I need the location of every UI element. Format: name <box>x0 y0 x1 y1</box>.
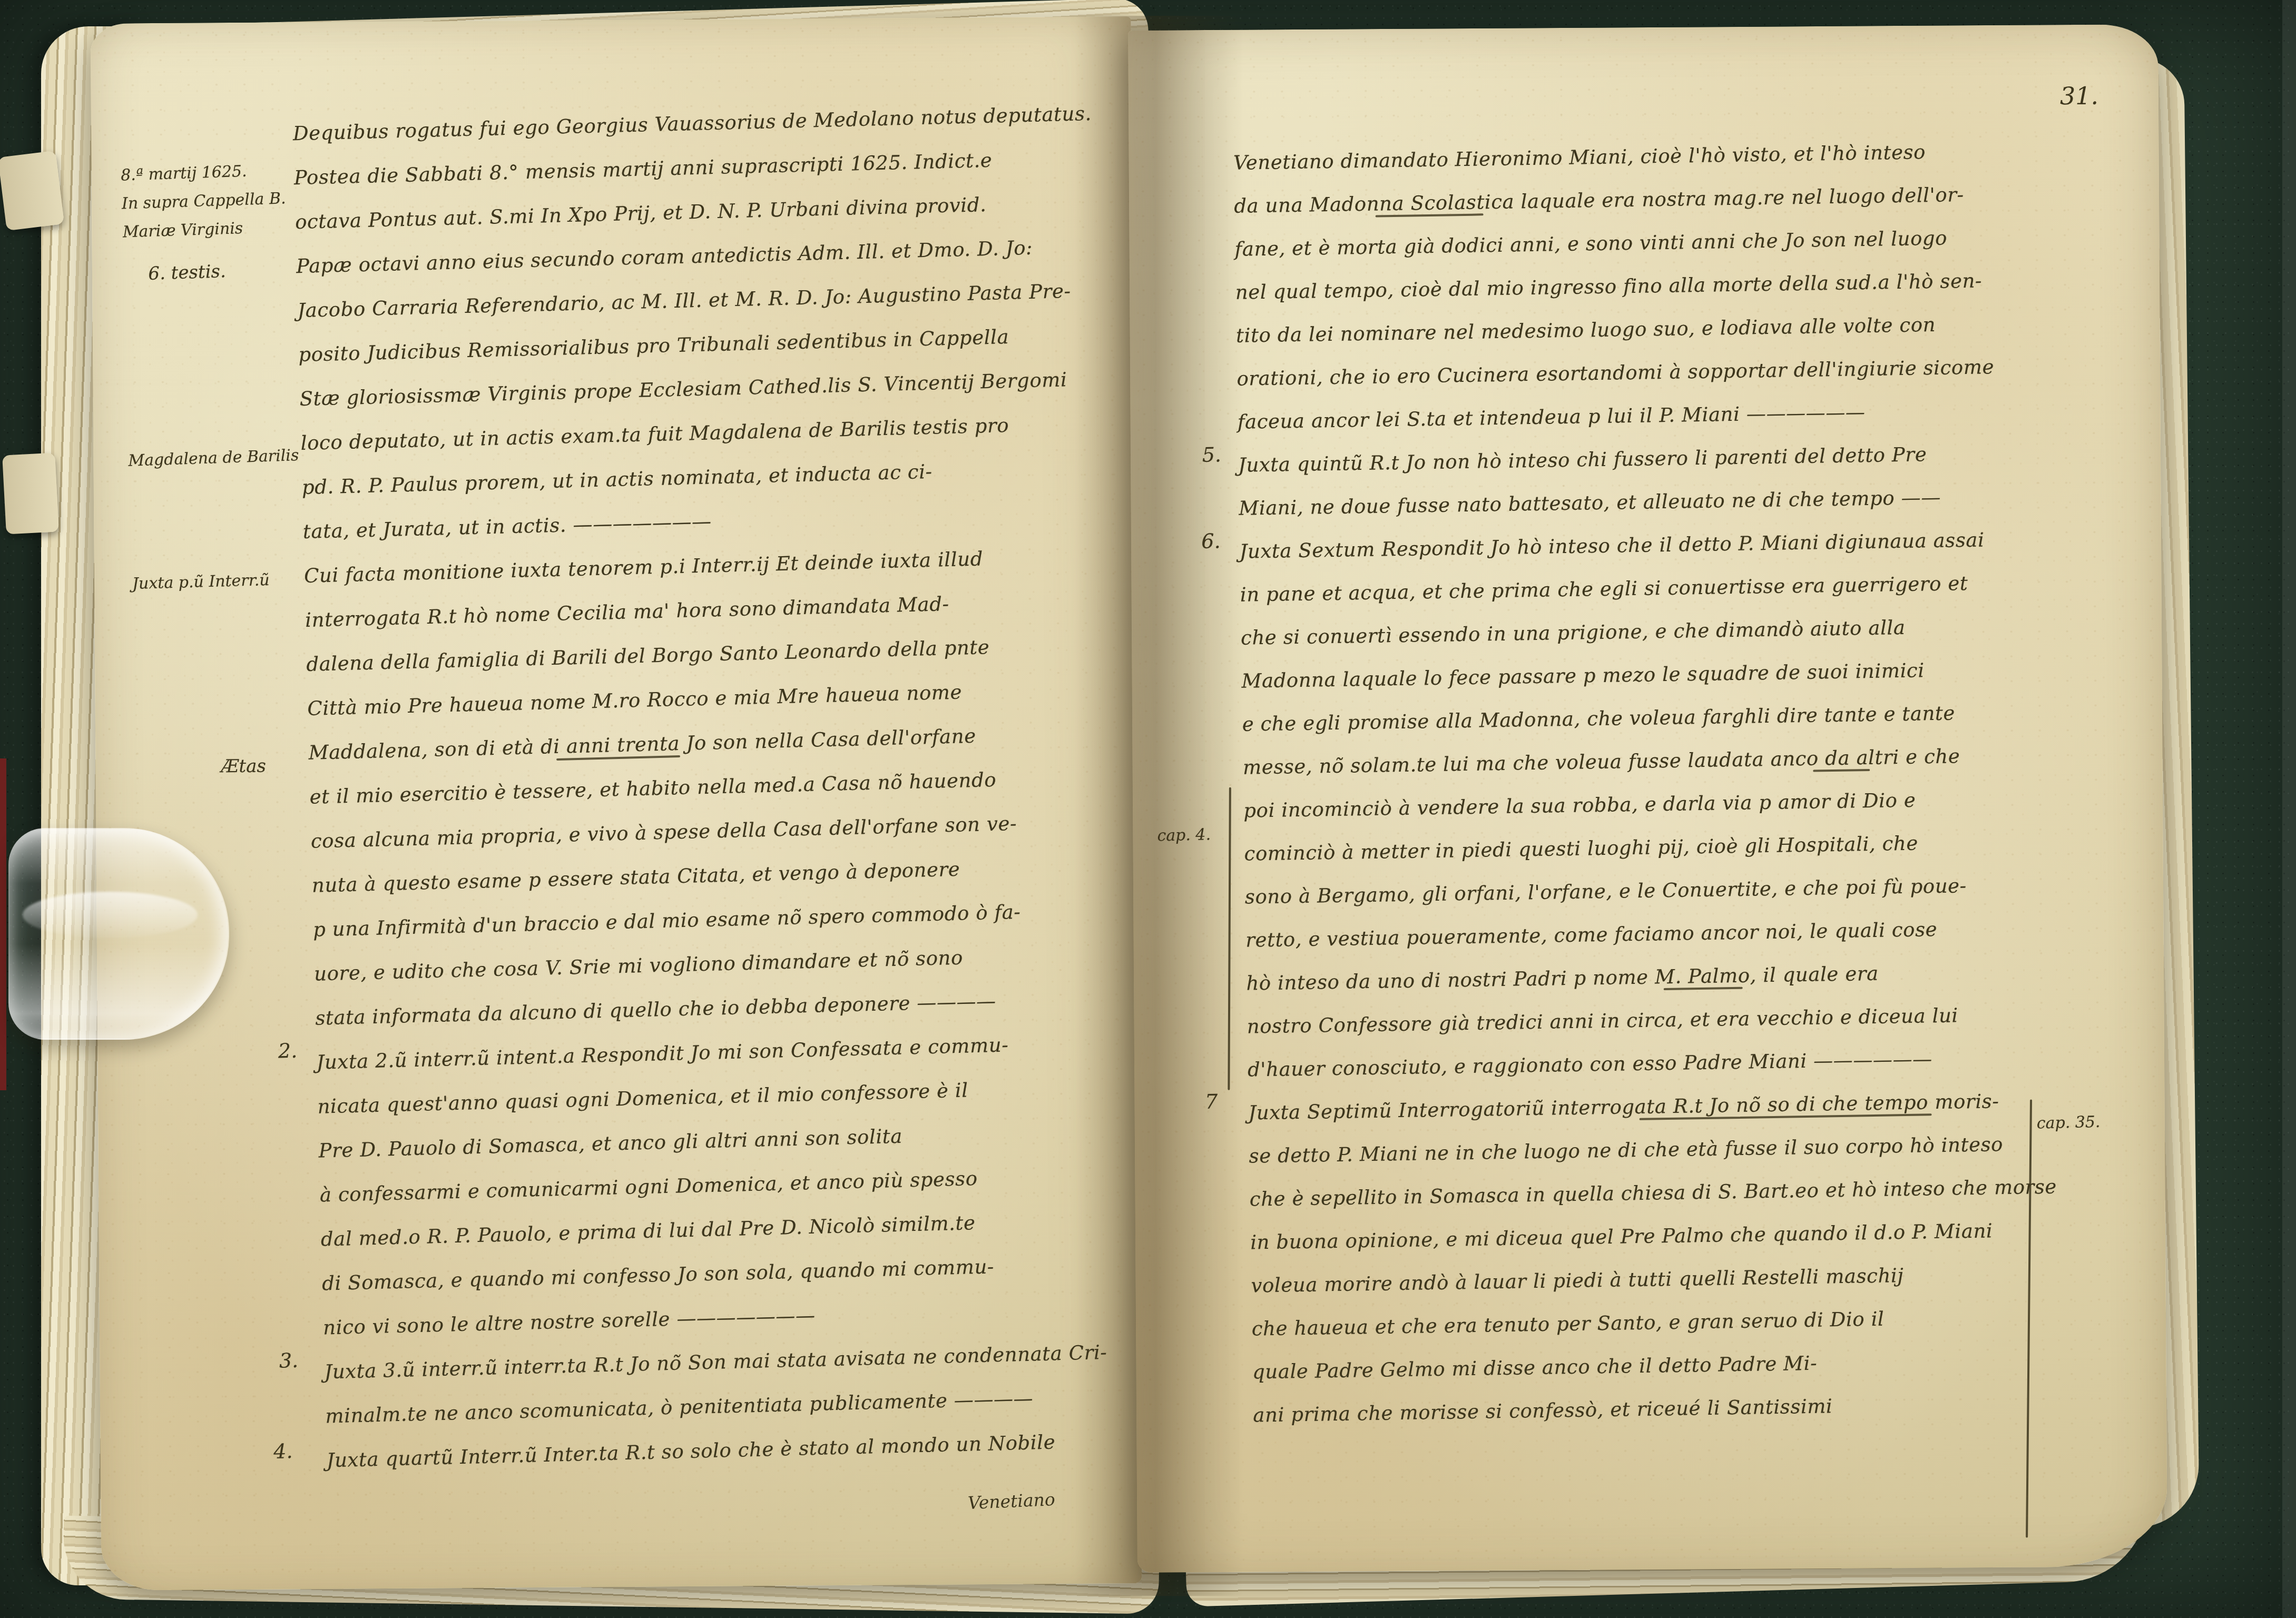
manuscript-line: orationi, che io ero Cucinera esortandom… <box>1237 344 2080 401</box>
manuscript-line: et il mio esercitio è tessere, et habito… <box>309 753 1180 820</box>
manuscript-line: ani prima che morisse si confessò, et ri… <box>1253 1380 2096 1437</box>
manuscript-line: dalena della famiglia di Barili del Borg… <box>306 620 1176 687</box>
left-page-lines: Dequibus rogatus fui ego Georgius Vauass… <box>292 90 1196 1483</box>
manuscript-line: voleua morire andò à lauar li piedi à tu… <box>1251 1251 2094 1307</box>
manuscript-line: retto, e vestiua poueramente, come facia… <box>1245 905 2089 962</box>
manuscript-line: Juxta 3.ũ interr.ũ interr.ta R.t Jo nõ S… <box>323 1328 1194 1395</box>
item-number-7: 7 <box>1205 1090 1218 1113</box>
manuscript-line: nicata quest'anno quasi ogni Domenica, e… <box>317 1063 1188 1129</box>
item-number-6: 6. <box>1201 529 1221 553</box>
manuscript-line: nostro Confessore già tredici anni in ci… <box>1247 992 2090 1048</box>
paper-tab <box>0 151 64 231</box>
left-page: 8.ª martij 1625.In supra Cappella B.Mari… <box>91 16 1142 1591</box>
margin-note-age: Ætas <box>221 752 266 781</box>
manuscript-line: e che egli promise alla Madonna, che vol… <box>1242 690 2085 746</box>
manuscript-line: in buona opinione, e mi diceua quel Pre … <box>1250 1208 2094 1264</box>
margin-note-date: 8.ª martij 1625.In supra Cappella B.Mari… <box>120 156 288 289</box>
glass-highlight <box>23 892 198 938</box>
manuscript-line: octava Pontus aut. S.mi In Xpo Prij, et … <box>295 178 1165 244</box>
underline-stroke <box>1664 987 1743 990</box>
manuscript-line: interrogata R.t hò nome Cecilia ma' hora… <box>305 576 1175 643</box>
item-number-5: 5. <box>1202 443 1221 467</box>
book-cradle-edge <box>0 758 6 1090</box>
manuscript-line: che haueua et che era tenuto per Santo, … <box>1251 1294 2095 1350</box>
margin-note-cap-35: cap. 35. <box>2036 1108 2101 1138</box>
manuscript-line: nuta à questo esame p essere stata Citat… <box>311 842 1182 908</box>
manuscript-line: fane, et è morta già dodici anni, e sono… <box>1234 215 2078 271</box>
manuscript-line: Postea die Sabbati 8.° mensis martij ann… <box>293 134 1164 200</box>
manuscript-line: tito da lei nominare nel medesimo luogo … <box>1236 301 2079 358</box>
manuscript-line: che è sepellito in Somasca in quella chi… <box>1249 1165 2093 1221</box>
margin-note-cap-4: cap. 4. <box>1157 821 1211 850</box>
manuscript-line: minalm.te ne anco scomunicata, ò peniten… <box>325 1373 1195 1439</box>
manuscript-line: dal med.o R. P. Pauolo, e prima di lui d… <box>320 1196 1191 1262</box>
manuscript-line: messe, nõ solam.te lui ma che voleua fus… <box>1242 733 2086 790</box>
item-number-2: 2. <box>278 1039 297 1063</box>
manuscript-line: d'hauer conosciuto, e raggionato con ess… <box>1247 1035 2091 1091</box>
manuscript-line: loco deputato, ut in actis exam.ta fuit … <box>300 399 1171 466</box>
underline-stroke <box>556 755 680 760</box>
manuscript-line: Juxta Septimũ Interrogatoriũ interrogata… <box>1248 1078 2092 1134</box>
margin-bracket-line <box>1228 787 1231 1090</box>
manuscript-line: sono à Bergamo, gli orfani, l'orfane, e … <box>1244 862 2088 919</box>
right-page: 31. cap. 4. cap. 35. Venetiano dimandato… <box>1128 24 2167 1573</box>
manuscript-line: che si conuertì essendo in una prigione,… <box>1241 604 2084 660</box>
manuscript-line: pd. R. P. Paulus prorem, ut in actis nom… <box>301 443 1172 510</box>
item-number-4: 4. <box>273 1439 293 1463</box>
manuscript-line: posito Judicibus Remissorialibus pro Tri… <box>298 311 1168 377</box>
margin-note-witness-name: Magdalena de Barilis <box>128 441 300 476</box>
margin-note-line: 6. testis. <box>148 255 289 288</box>
manuscript-line: Miani, ne doue fusse nato battesato, et … <box>1239 474 2082 530</box>
margin-note-line: 8.ª martij 1625. <box>120 156 285 190</box>
manuscript-line: stata informata da alcuno di quello che … <box>315 974 1185 1041</box>
folio-number: 31. <box>2060 82 2098 110</box>
margin-note-line: Mariæ Virginis <box>122 213 287 246</box>
manuscript-line: Juxta Sextum Respondit Jo hò inteso che … <box>1239 517 2083 574</box>
manuscript-line: Pre D. Pauolo di Somasca, et anco gli al… <box>318 1107 1189 1173</box>
manuscript-line: Maddalena, son di età di anni trenta Jo … <box>308 709 1179 775</box>
manuscript-line: tata, et Jurata, ut in actis. ——————— <box>302 488 1173 554</box>
manuscript-line: uore, e udito che cosa V. Srie mi voglio… <box>313 930 1184 997</box>
manuscript-line: Cui facta monitione iuxta tenorem p.i In… <box>303 532 1174 598</box>
underline-stroke <box>1376 213 1484 217</box>
manuscript-line: poi incominciò à vendere la sua robba, e… <box>1243 776 2087 833</box>
manuscript-line: Città mio Pre haueua nome M.ro Rocco e m… <box>307 665 1177 731</box>
right-page-lines: Venetiano dimandato Hieronimo Miani, cio… <box>1233 129 2096 1437</box>
backdrop-light-edge <box>2282 0 2296 1618</box>
manuscript-line: à confessarmi e comunicarmi ogni Domenic… <box>319 1151 1190 1218</box>
glass-paperweight <box>8 828 229 1040</box>
manuscript-line: cosa alcuna mia propria, e vivo à spese … <box>310 797 1181 864</box>
right-page-text-block: Venetiano dimandato Hieronimo Miani, cio… <box>1233 129 2096 1437</box>
manuscript-line: Juxta 2.ũ interr.ũ intent.a Respondit Jo… <box>316 1019 1186 1085</box>
manuscript-line: se detto P. Miani ne in che luogo ne di … <box>1249 1121 2092 1178</box>
manuscript-line: Papæ octavi anno eius secundo coram ante… <box>296 222 1166 289</box>
manuscript-line: da una Madonna Scolastica laquale era no… <box>1234 172 2077 228</box>
item-number-3: 3. <box>279 1349 298 1373</box>
underline-stroke <box>1640 1113 1932 1120</box>
manuscript-line: nel qual tempo, cioè dal mio ingresso fi… <box>1235 258 2078 314</box>
margin-note-interrogatory: Juxta p.ũ Interr.ũ <box>132 566 270 598</box>
manuscript-line: p una Infirmità d'un braccio e dal mio e… <box>312 886 1183 952</box>
manuscript-line: Juxta quintũ R.t Jo non hò inteso chi fu… <box>1238 431 2081 487</box>
manuscript-line: hò inteso da uno di nostri Padri p nome … <box>1246 949 2089 1005</box>
manuscript-line: nico vi sono le altre nostre sorelle ———… <box>322 1284 1193 1350</box>
manuscript-line: Jacobo Carraria Referendario, ac M. Ill.… <box>297 267 1167 333</box>
manuscript-line: Stæ gloriosissmæ Virginis prope Ecclesia… <box>299 355 1170 421</box>
manuscript-line: Venetiano dimandato Hieronimo Miani, cio… <box>1233 129 2076 185</box>
manuscript-line: in pane et acqua, et che prima che egli … <box>1240 560 2083 617</box>
catchword: Venetiano <box>967 1489 1055 1513</box>
margin-note-line: In supra Cappella B. <box>121 184 286 218</box>
left-page-text-block: Dequibus rogatus fui ego Georgius Vauass… <box>292 90 1196 1483</box>
manuscript-line: Juxta quartũ Interr.ũ Inter.ta R.t so so… <box>326 1417 1196 1483</box>
paper-tab <box>2 452 59 534</box>
manuscript-line: faceua ancor lei S.ta et intendeua p lui… <box>1237 388 2081 444</box>
underline-stroke <box>1813 769 1870 772</box>
manuscript-line: Dequibus rogatus fui ego Georgius Vauass… <box>292 90 1163 156</box>
manuscript-line: di Somasca, e quando mi confesso Jo son … <box>321 1240 1192 1306</box>
manuscript-line: quale Padre Gelmo mi disse anco che il d… <box>1252 1337 2095 1394</box>
manuscript-photograph: 8.ª martij 1625.In supra Cappella B.Mari… <box>0 0 2296 1618</box>
manuscript-line: cominciò à metter in piedi questi luoghi… <box>1244 819 2087 875</box>
margin-bracket-line <box>2026 1100 2032 1538</box>
manuscript-line: Madonna laquale lo fece passare p mezo l… <box>1241 647 2085 703</box>
